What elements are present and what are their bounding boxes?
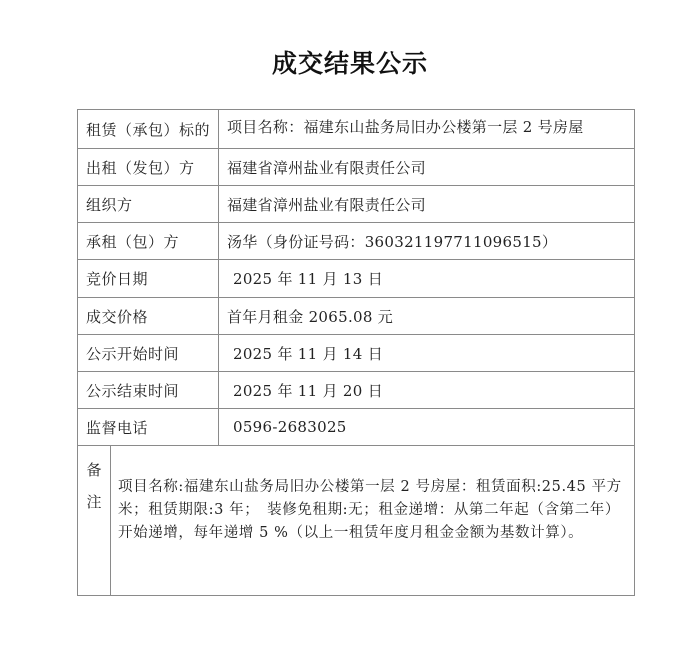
table-row-publicity-start: 公示开始时间 2025 年 11 月 14 日: [78, 334, 634, 371]
row-value: 2025 年 11 月 20 日: [219, 372, 634, 408]
page-title: 成交结果公示: [0, 44, 700, 80]
result-table: 租赁（承包）标的 项目名称：福建东山盐务局旧办公楼第一层 2 号房屋 出租（发包…: [77, 109, 635, 596]
remarks-section: 备 注 项目名称:福建东山盐务局旧办公楼第一层 2 号房屋：租赁面积:25.45…: [78, 445, 634, 595]
remarks-label-line1: 备: [78, 454, 110, 486]
table-row-subject: 租赁（承包）标的 项目名称：福建东山盐务局旧办公楼第一层 2 号房屋: [78, 110, 634, 148]
row-label: 租赁（承包）标的: [78, 110, 219, 148]
table-row-lessee: 承租（包）方 汤华（身份证号码：360321197711096515）: [78, 222, 634, 259]
row-value: 2025 年 11 月 13 日: [219, 260, 634, 297]
row-label: 竞价日期: [78, 260, 219, 297]
table-row-bid-date: 竞价日期 2025 年 11 月 13 日: [78, 259, 634, 297]
table-row-organizer: 组织方 福建省漳州盐业有限责任公司: [78, 185, 634, 222]
row-label: 公示结束时间: [78, 372, 219, 408]
row-label: 出租（发包）方: [78, 149, 219, 185]
row-label: 组织方: [78, 186, 219, 222]
row-value: 福建省漳州盐业有限责任公司: [219, 149, 634, 185]
row-value: 0596-2683025: [219, 409, 634, 445]
row-value: 汤华（身份证号码：360321197711096515）: [219, 223, 634, 259]
row-label: 成交价格: [78, 298, 219, 334]
row-value: 首年月租金 2065.08 元: [219, 298, 634, 334]
table-row-lessor: 出租（发包）方 福建省漳州盐业有限责任公司: [78, 148, 634, 185]
table-row-phone: 监督电话 0596-2683025: [78, 408, 634, 445]
row-value: 2025 年 11 月 14 日: [219, 335, 634, 371]
remarks-label: 备 注: [78, 446, 111, 595]
row-label: 公示开始时间: [78, 335, 219, 371]
row-value: 福建省漳州盐业有限责任公司: [219, 186, 634, 222]
row-label: 监督电话: [78, 409, 219, 445]
row-label: 承租（包）方: [78, 223, 219, 259]
remarks-label-line2: 注: [78, 486, 110, 518]
remarks-text: 项目名称:福建东山盐务局旧办公楼第一层 2 号房屋：租赁面积:25.45 平方米…: [118, 476, 624, 545]
table-row-price: 成交价格 首年月租金 2065.08 元: [78, 297, 634, 334]
row-value: 项目名称：福建东山盐务局旧办公楼第一层 2 号房屋: [219, 110, 634, 148]
table-row-publicity-end: 公示结束时间 2025 年 11 月 20 日: [78, 371, 634, 408]
